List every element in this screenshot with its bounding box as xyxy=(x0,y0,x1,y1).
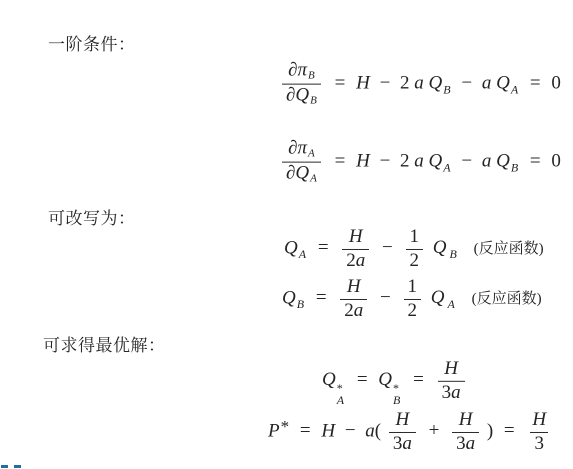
numerator: ∂πB xyxy=(284,60,319,84)
variable-Q: Q xyxy=(378,369,392,390)
fraction-H-over-3a: H 3a xyxy=(438,358,465,404)
fraction-H-over-2a: H 2a xyxy=(342,226,369,272)
variable-Q: Q xyxy=(284,237,298,258)
cutoff-text-artifact xyxy=(1,465,21,468)
denominator: 3a xyxy=(389,432,416,456)
variable-a: a xyxy=(356,250,366,271)
denominator: 3a xyxy=(438,380,465,404)
numerator: 1 xyxy=(406,226,424,249)
numerator: H xyxy=(391,409,413,432)
numerator: H xyxy=(440,358,462,381)
denominator: 2a xyxy=(342,249,369,273)
minus-sign: − xyxy=(380,150,391,171)
subscript: B xyxy=(297,297,304,311)
partial-q: ∂Q xyxy=(286,163,309,184)
coefficient-2: 2 xyxy=(400,72,410,93)
variable-a: a xyxy=(482,72,492,93)
equation-reaction-b: QB = H 2a − 1 2 QA (反应函数) xyxy=(282,276,542,322)
sup-sub-stack: *B xyxy=(393,382,400,406)
subscript: A xyxy=(310,173,317,185)
equals-sign: = xyxy=(530,150,541,171)
subscript: A xyxy=(308,148,315,160)
numerator: 1 xyxy=(404,276,422,299)
fraction-H-over-2a: H 2a xyxy=(340,276,367,322)
number-3: 3 xyxy=(456,433,466,454)
subscript: A xyxy=(337,394,344,406)
variable-Q: Q xyxy=(431,287,445,308)
equals-sign: = xyxy=(300,420,311,441)
subscript: B xyxy=(308,70,315,82)
variable-Q: Q xyxy=(496,72,510,93)
denominator: ∂QB xyxy=(282,84,321,109)
section-label-optimal-solution: 可求得最优解： xyxy=(43,331,166,356)
subscript: B xyxy=(511,160,518,174)
subscript: A xyxy=(448,297,455,311)
number-zero: 0 xyxy=(551,150,561,171)
section-label-first-order-conditions: 一阶条件： xyxy=(48,30,136,55)
denominator: 2a xyxy=(340,299,367,323)
partial-derivative-fraction: ∂πA ∂QA xyxy=(282,138,321,187)
subscript: B xyxy=(450,247,457,261)
equals-sign: = xyxy=(504,420,515,441)
numerator: H xyxy=(528,409,550,432)
blue-dash xyxy=(1,465,8,468)
denominator: 3 xyxy=(530,432,548,456)
variable-a: a xyxy=(365,420,375,441)
subscript: A xyxy=(443,160,450,174)
section-label-rewrite: 可改写为： xyxy=(48,204,136,229)
asterisk-superscript: * xyxy=(281,417,290,436)
blue-dash xyxy=(14,465,21,468)
left-paren: ( xyxy=(375,420,381,441)
variable-H: H xyxy=(356,150,370,171)
equals-sign: = xyxy=(335,150,346,171)
variable-H: H xyxy=(321,420,335,441)
variable-Q: Q xyxy=(496,150,510,171)
variable-H: H xyxy=(356,72,370,93)
equation-optimal-price: P* = H − a( H 3a + H 3a ) = H 3 xyxy=(268,409,553,455)
fraction-one-half: 1 2 xyxy=(404,276,422,322)
subscript: B xyxy=(443,82,450,96)
minus-sign: − xyxy=(380,287,391,308)
variable-a: a xyxy=(402,433,412,454)
right-paren: ) xyxy=(487,420,493,441)
partial-pi: ∂π xyxy=(288,138,307,159)
sup-sub-stack: *A xyxy=(337,382,344,406)
number-zero: 0 xyxy=(551,72,561,93)
variable-Q: Q xyxy=(322,369,336,390)
partial-pi: ∂π xyxy=(288,60,307,81)
equals-sign: = xyxy=(530,72,541,93)
reaction-function-note: (反应函数) xyxy=(472,291,542,307)
minus-sign: − xyxy=(461,150,472,171)
equals-sign: = xyxy=(357,369,368,390)
denominator: 2 xyxy=(404,299,422,323)
equals-sign: = xyxy=(316,287,327,308)
minus-sign: − xyxy=(345,420,356,441)
denominator: 3a xyxy=(452,432,479,456)
variable-a: a xyxy=(414,72,424,93)
numerator: H xyxy=(455,409,477,432)
denominator: ∂QA xyxy=(282,162,321,187)
number-2: 2 xyxy=(346,250,356,271)
number-2: 2 xyxy=(344,300,354,321)
fraction-H-over-3a: H 3a xyxy=(452,409,479,455)
variable-Q: Q xyxy=(282,287,296,308)
variable-a: a xyxy=(482,150,492,171)
fraction-one-half: 1 2 xyxy=(406,226,424,272)
equals-sign: = xyxy=(318,237,329,258)
fraction-H-over-3: H 3 xyxy=(528,409,550,455)
numerator: H xyxy=(343,276,365,299)
equation-reaction-a: QA = H 2a − 1 2 QB (反应函数) xyxy=(284,226,544,272)
variable-a: a xyxy=(354,300,364,321)
partial-q: ∂Q xyxy=(286,85,309,106)
plus-sign: + xyxy=(429,420,440,441)
number-3: 3 xyxy=(393,433,403,454)
subscript: A xyxy=(299,247,306,261)
variable-Q: Q xyxy=(429,72,443,93)
equation-foc-a: ∂πA ∂QA = H − 2 a QA − a QB = 0 xyxy=(279,138,561,187)
coefficient-2: 2 xyxy=(400,150,410,171)
numerator: H xyxy=(345,226,367,249)
variable-Q: Q xyxy=(429,150,443,171)
variable-Q: Q xyxy=(433,237,447,258)
subscript: B xyxy=(393,394,400,406)
minus-sign: − xyxy=(380,72,391,93)
numerator: ∂πA xyxy=(284,138,319,162)
equation-optimal-quantity: Q*A = Q*B = H 3a xyxy=(322,358,468,406)
number-3: 3 xyxy=(442,381,452,402)
subscript: B xyxy=(310,95,317,107)
variable-a: a xyxy=(451,381,461,402)
equation-foc-b: ∂πB ∂QB = H − 2 a QB − a QA = 0 xyxy=(279,60,561,109)
document-page: 一阶条件： ∂πB ∂QB = H − 2 a QB − a QA = 0 ∂π… xyxy=(0,0,573,469)
variable-a: a xyxy=(414,150,424,171)
equals-sign: = xyxy=(413,369,424,390)
partial-derivative-fraction: ∂πB ∂QB xyxy=(282,60,321,109)
equals-sign: = xyxy=(335,72,346,93)
subscript: A xyxy=(511,82,518,96)
minus-sign: − xyxy=(382,237,393,258)
variable-a: a xyxy=(466,433,476,454)
fraction-H-over-3a: H 3a xyxy=(389,409,416,455)
denominator: 2 xyxy=(406,249,424,273)
minus-sign: − xyxy=(461,72,472,93)
variable-P: P xyxy=(268,420,280,441)
reaction-function-note: (反应函数) xyxy=(474,241,544,257)
